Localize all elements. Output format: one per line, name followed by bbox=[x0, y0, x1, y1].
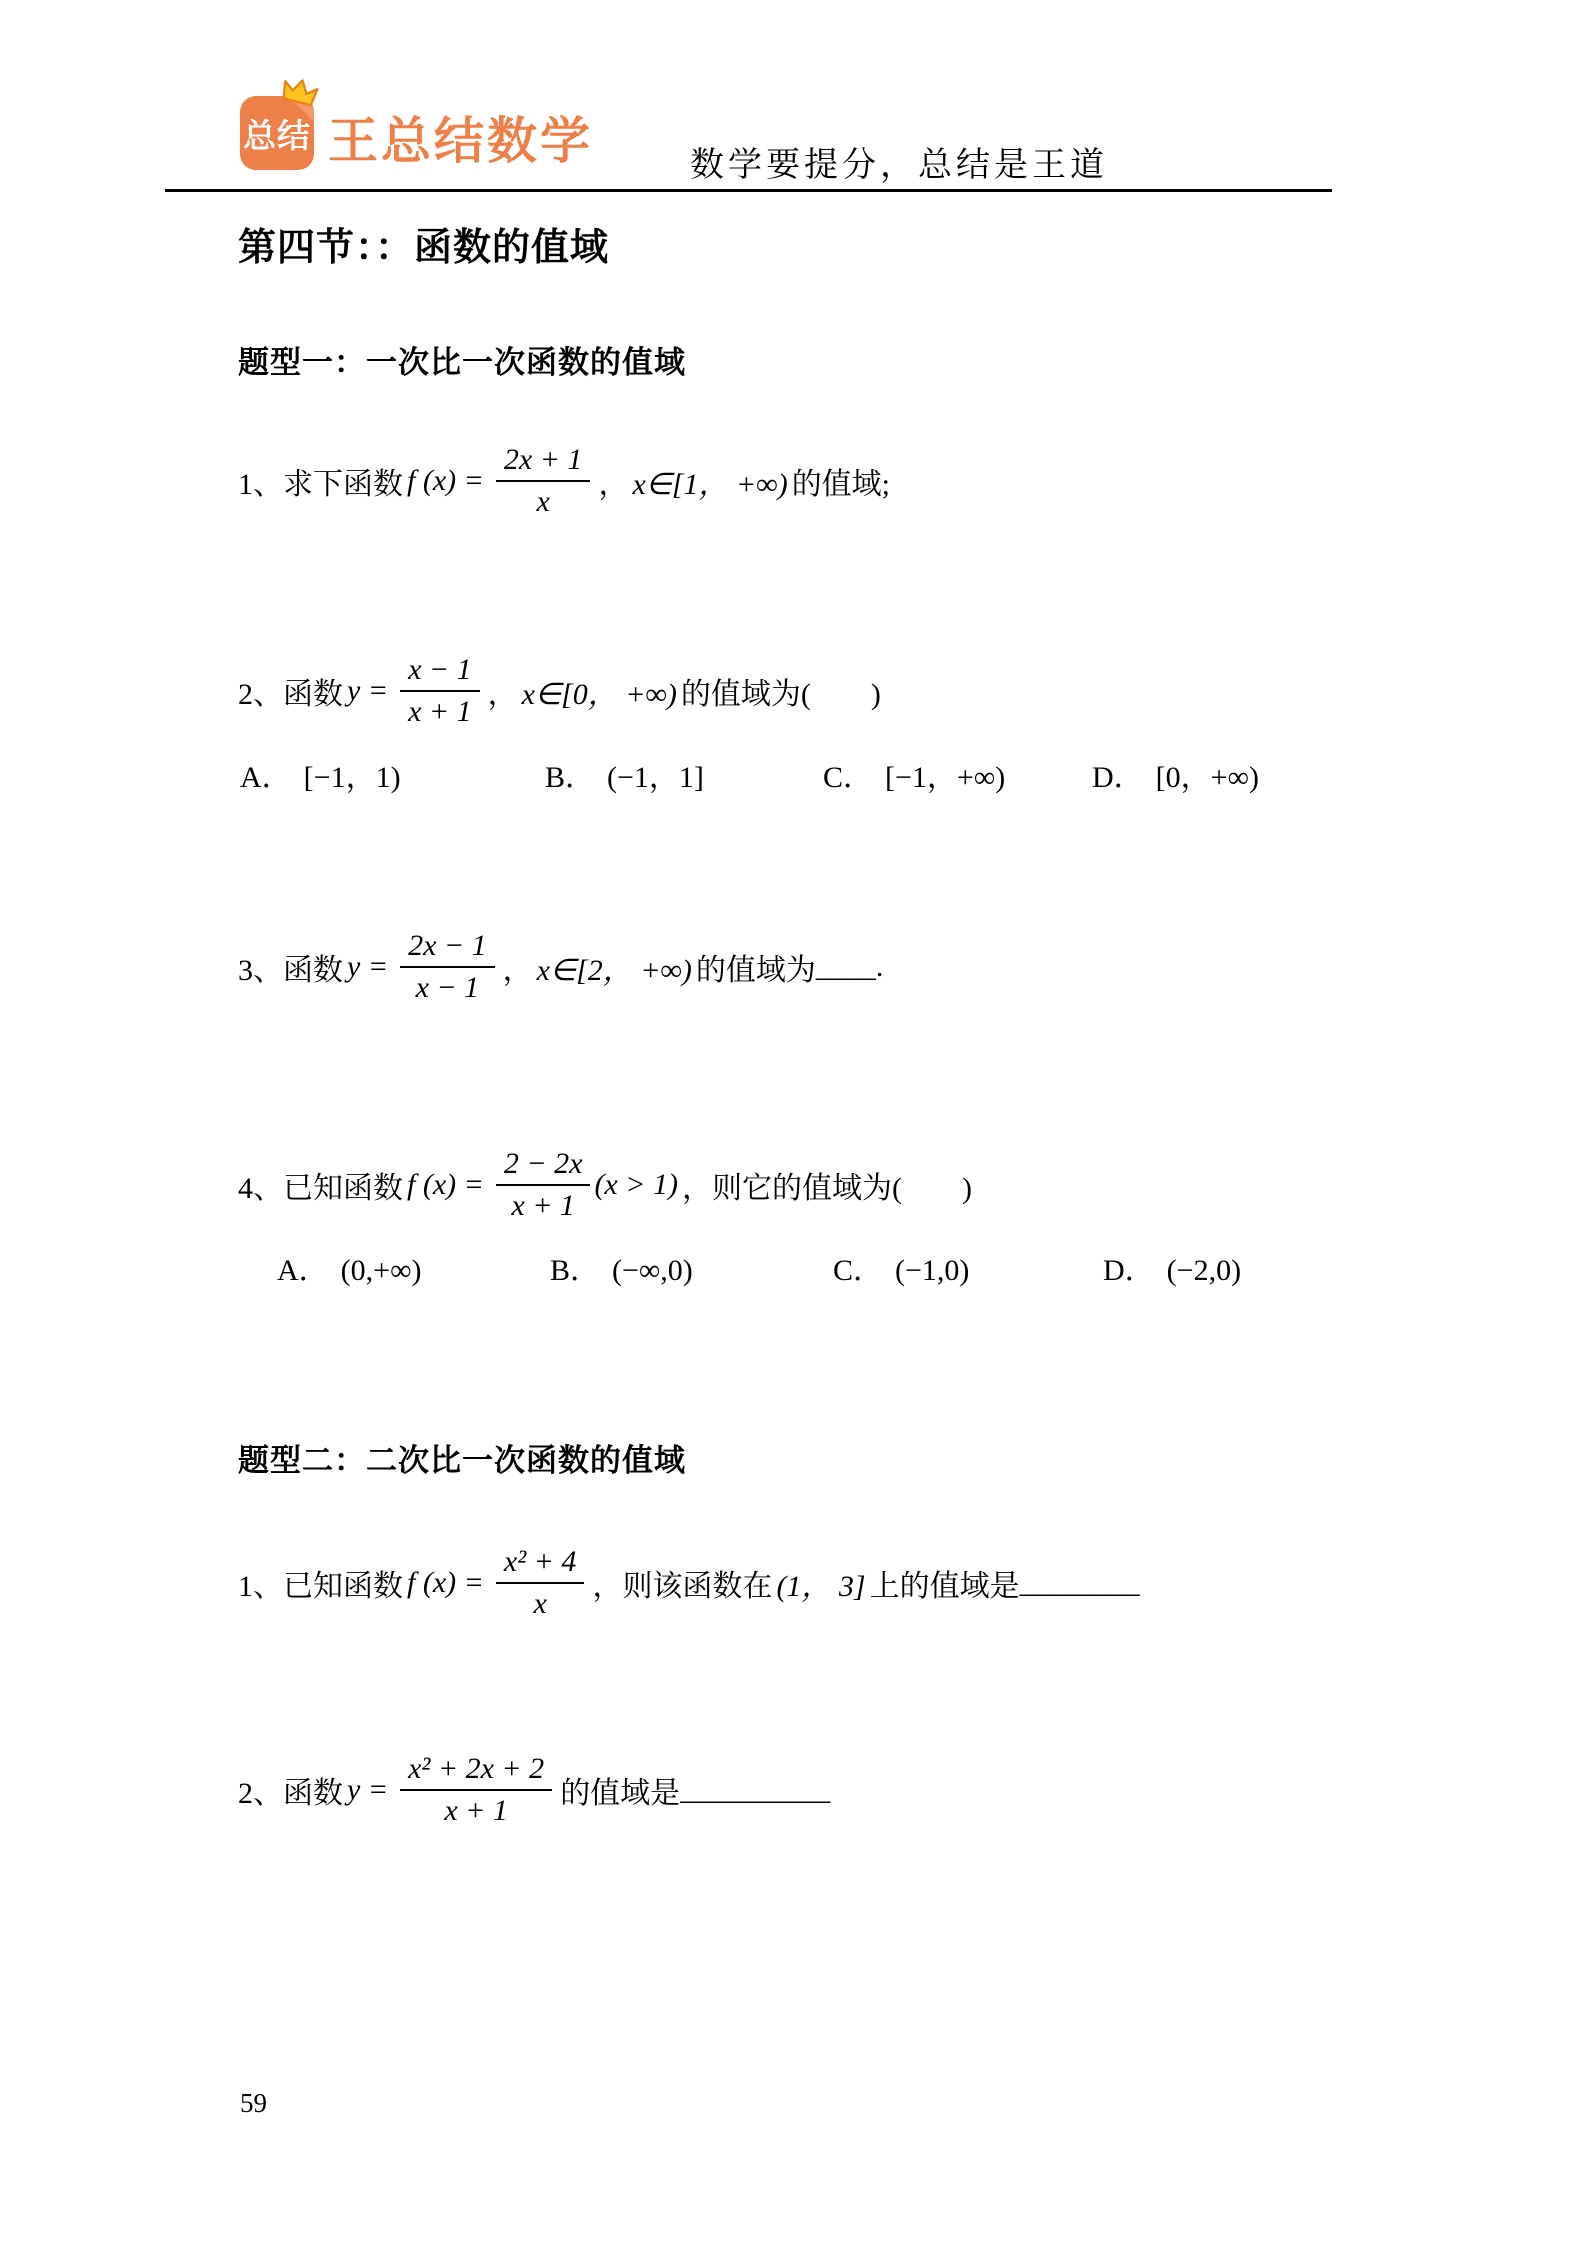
option-a: A．[−1，1) bbox=[240, 752, 401, 796]
problem-tail: 则它的值域为( ) bbox=[712, 1163, 972, 1207]
option-b: B．(−1，1] bbox=[545, 752, 704, 796]
option-value: [0，+∞) bbox=[1156, 761, 1259, 794]
fraction: 2x + 1 x bbox=[496, 442, 591, 520]
fraction: 2 − 2x x + 1 bbox=[496, 1146, 591, 1224]
section-2-heading: 题型二：二次比一次函数的值域 bbox=[238, 1435, 686, 1480]
page-title: 第四节：：函数的值域 bbox=[238, 216, 609, 271]
problem-tail: 的值域为 bbox=[696, 945, 816, 989]
option-label: C． bbox=[833, 1254, 883, 1287]
option-label: B． bbox=[545, 761, 595, 794]
brand-logo-text: 王总结数学 bbox=[328, 101, 593, 173]
period: . bbox=[876, 950, 884, 984]
fraction: x − 1 x + 1 bbox=[400, 652, 480, 730]
option-value: (−∞,0) bbox=[612, 1254, 693, 1287]
interval-expression: (1， 3] bbox=[776, 1561, 865, 1605]
fraction: x² + 4 x bbox=[496, 1544, 585, 1622]
option-a: A．(0,+∞) bbox=[277, 1245, 421, 1289]
section-1-heading: 题型一：一次比一次函数的值域 bbox=[238, 337, 686, 382]
problem-tail: 上的值域是 bbox=[870, 1561, 1020, 1605]
problem-prefix: 4、已知函数 bbox=[238, 1163, 403, 1207]
fraction-denominator: x bbox=[528, 482, 557, 520]
option-d: D．(−2,0) bbox=[1103, 1245, 1241, 1289]
problem-tail: 的值域是 bbox=[560, 1768, 680, 1812]
fraction-numerator: x² + 2x + 2 bbox=[400, 1751, 552, 1791]
option-label: B． bbox=[550, 1254, 600, 1287]
option-label: D． bbox=[1103, 1254, 1155, 1287]
option-b: B．(−∞,0) bbox=[550, 1245, 693, 1289]
problem-prefix: 2、函数 bbox=[238, 669, 343, 713]
header-divider bbox=[165, 189, 1332, 192]
function-lhs: y = bbox=[347, 950, 388, 984]
option-label: C． bbox=[823, 761, 873, 794]
fraction-denominator: x bbox=[525, 1584, 554, 1622]
function-lhs: y = bbox=[347, 674, 388, 708]
fraction-numerator: 2x + 1 bbox=[496, 442, 591, 482]
option-label: A． bbox=[240, 761, 292, 794]
option-label: D． bbox=[1092, 761, 1144, 794]
problem-1-3: 3、函数 y = 2x − 1 x − 1 ， x∈[2， +∞) 的值域为 _… bbox=[238, 922, 883, 1012]
page-number: 59 bbox=[240, 2088, 267, 2119]
comma: ， bbox=[682, 1163, 712, 1207]
fraction-numerator: x² + 4 bbox=[496, 1544, 585, 1584]
problem-tail: 的值域为( ) bbox=[681, 669, 881, 713]
option-value: [−1，+∞) bbox=[885, 761, 1005, 794]
worksheet-page: 总结 王总结数学 数学要提分，总结是王道 第四节：：函数的值域 题型一：一次比一… bbox=[0, 0, 1587, 2245]
problem-1-4: 4、已知函数 f (x) = 2 − 2x x + 1 (x > 1) ， 则它… bbox=[238, 1140, 972, 1230]
comma: ， bbox=[488, 669, 518, 713]
problem-prefix: 2、函数 bbox=[238, 1768, 343, 1812]
option-value: (0,+∞) bbox=[341, 1254, 422, 1287]
problem-prefix: 1、已知函数 bbox=[238, 1561, 403, 1605]
option-value: (−2,0) bbox=[1167, 1254, 1241, 1287]
problem-prefix: 1、求下函数 bbox=[238, 459, 403, 503]
comma: ， bbox=[503, 945, 533, 989]
problem-1-2: 2、函数 y = x − 1 x + 1 ， x∈[0， +∞) 的值域为( ) bbox=[238, 646, 881, 736]
problem-tail: 则该函数在 bbox=[622, 1561, 772, 1605]
option-c: C．(−1,0) bbox=[833, 1245, 969, 1289]
fraction-denominator: x + 1 bbox=[436, 1791, 516, 1829]
answer-blank: ________ bbox=[1020, 1566, 1140, 1600]
comma: ， bbox=[592, 1561, 622, 1605]
domain-expression: x∈[2， +∞) bbox=[537, 945, 692, 989]
function-lhs: f (x) = bbox=[407, 1168, 484, 1202]
comma: ， bbox=[598, 459, 628, 503]
fraction-denominator: x − 1 bbox=[408, 968, 488, 1006]
option-label: A． bbox=[277, 1254, 329, 1287]
answer-blank: __________ bbox=[680, 1773, 830, 1807]
domain-constraint: (x > 1) bbox=[594, 1168, 678, 1202]
option-value: (−1,0) bbox=[895, 1254, 969, 1287]
fraction: x² + 2x + 2 x + 1 bbox=[400, 1751, 552, 1829]
problem-1-1: 1、求下函数 f (x) = 2x + 1 x ， x∈[1， +∞) 的值域; bbox=[238, 436, 890, 526]
option-value: (−1，1] bbox=[607, 761, 704, 794]
option-d: D．[0，+∞) bbox=[1092, 752, 1259, 796]
answer-blank: ____ bbox=[816, 950, 876, 984]
logo-badge-text: 总结 bbox=[243, 110, 311, 157]
fraction-numerator: 2x − 1 bbox=[400, 928, 495, 968]
problem-2-2: 2、函数 y = x² + 2x + 2 x + 1 的值域是 ________… bbox=[238, 1742, 830, 1837]
option-c: C．[−1，+∞) bbox=[823, 752, 1005, 796]
problem-tail: 的值域; bbox=[792, 459, 890, 503]
domain-expression: x∈[1， +∞) bbox=[632, 459, 787, 503]
fraction-denominator: x + 1 bbox=[400, 692, 480, 730]
problem-2-1: 1、已知函数 f (x) = x² + 4 x ， 则该函数在 (1， 3] 上… bbox=[238, 1535, 1140, 1630]
fraction-denominator: x + 1 bbox=[503, 1186, 583, 1224]
domain-expression: x∈[0， +∞) bbox=[522, 669, 677, 713]
problem-prefix: 3、函数 bbox=[238, 945, 343, 989]
fraction-numerator: x − 1 bbox=[400, 652, 480, 692]
option-value: [−1，1) bbox=[304, 761, 401, 794]
function-lhs: y = bbox=[347, 1773, 388, 1807]
fraction-numerator: 2 − 2x bbox=[496, 1146, 591, 1186]
fraction: 2x − 1 x − 1 bbox=[400, 928, 495, 1006]
header-tagline: 数学要提分，总结是王道 bbox=[690, 137, 1108, 186]
function-lhs: f (x) = bbox=[407, 464, 484, 498]
function-lhs: f (x) = bbox=[407, 1566, 484, 1600]
